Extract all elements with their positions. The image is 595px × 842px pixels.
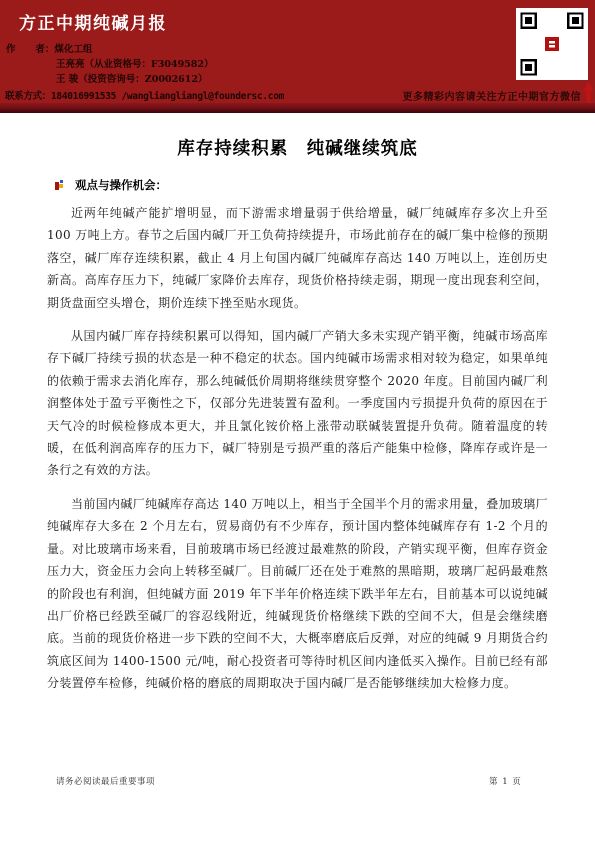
wechat-note: 更多精彩内容请关注方正中期官方微信 — [403, 88, 582, 103]
author-line: 作 者：煤化工组 — [6, 41, 92, 55]
section-heading-label: 观点与操作机会： — [75, 177, 167, 193]
analyst-name-1: 王亮亮（从业资格号：F3049582） — [56, 56, 214, 70]
paragraph-block: 近两年纯碱产能扩增明显，而下游需求增量弱于供给增量，碱厂纯碱库存多次上升至 10… — [47, 202, 548, 695]
analyst-name-2: 王 骏（投资咨询号：Z0002612） — [56, 71, 208, 85]
paragraph-1: 近两年纯碱产能扩增明显，而下游需求增量弱于供给增量，碱厂纯碱库存多次上升至 10… — [47, 202, 548, 314]
section-heading: 观点与操作机会： — [55, 177, 548, 193]
document-title: 库存持续积累 纯碱继续筑底 — [47, 135, 548, 160]
paragraph-2: 从国内碱厂库存持续积累可以得知，国内碱厂产销大多未实现产销平衡，纯碱市场高库存下… — [47, 325, 548, 482]
section-bullet-icon — [55, 180, 65, 190]
report-masthead: 方正中期纯碱月报 作 者：煤化工组 王亮亮（从业资格号：F3049582） 王 … — [0, 0, 595, 103]
paragraph-3: 当前国内碱厂纯碱库存高达 140 万吨以上，相当于全国半个月的需求用量，叠加玻璃… — [47, 493, 548, 695]
contact-line: 联系方式：184016991535 /wangliangliangl@found… — [5, 88, 284, 102]
footer-disclaimer: 请务必阅读最后重要事项 — [56, 775, 155, 787]
header-divider-band — [0, 103, 595, 113]
document-body: 库存持续积累 纯碱继续筑底 观点与操作机会： 近两年纯碱产能扩增明显，而下游需求… — [47, 113, 548, 706]
footer-page-number: 第 1 页 — [489, 775, 522, 787]
qr-code — [516, 8, 588, 80]
masthead-title: 方正中期纯碱月报 — [19, 9, 167, 34]
report-page: 方正中期纯碱月报 作 者：煤化工组 王亮亮（从业资格号：F3049582） 王 … — [0, 0, 595, 842]
